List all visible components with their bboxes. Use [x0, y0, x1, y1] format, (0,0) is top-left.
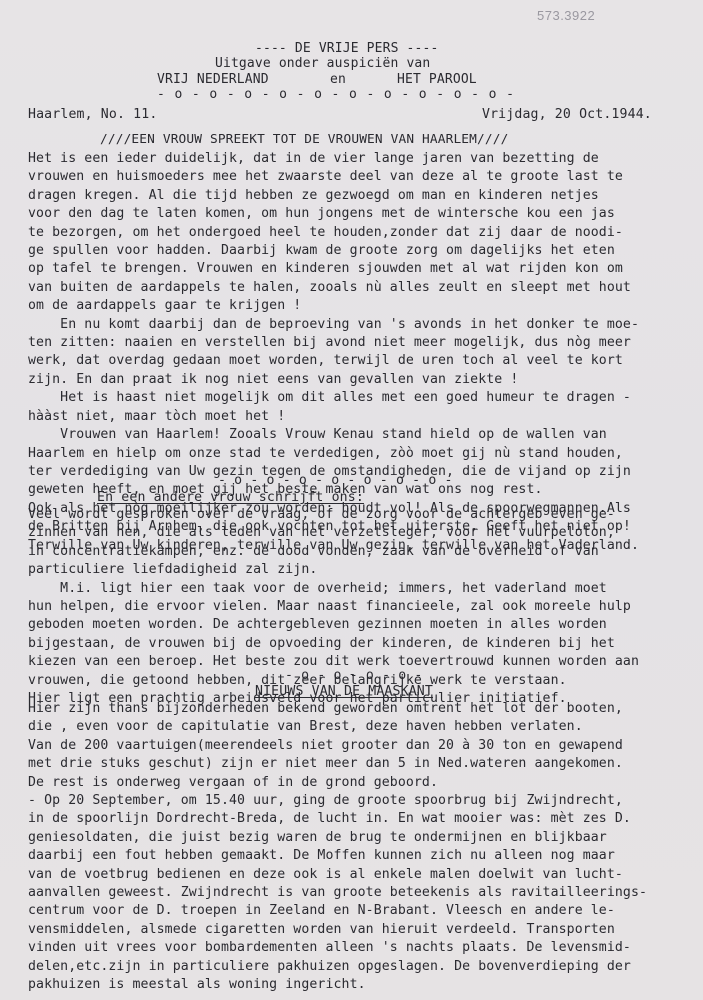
text-line: dragen kregen. Al die tijd hebben ze gez…: [28, 187, 678, 205]
text-line: van buiten de aardappels te halen, zooal…: [28, 279, 678, 297]
text-line: vensmiddelen, alsmede cigaretten worden …: [28, 921, 678, 939]
text-line: - Op 20 September, om 15.40 uur, ging de…: [28, 792, 678, 810]
archive-number: 573.3922: [537, 8, 595, 23]
text-line: Het is een ieder duidelijk, dat in de vi…: [28, 150, 678, 168]
text-line: pakhuizen is meestal als woning ingerich…: [28, 976, 678, 994]
text-line: daarbij een fout hebben gemaakt. De Moff…: [28, 847, 678, 865]
text-line: bijgestaan, de vrouwen bij de opvoeding …: [28, 635, 678, 653]
text-line: M.i. ligt hier een taak voor de overheid…: [28, 580, 678, 598]
issue-place-number: Haarlem, No. 11.: [28, 105, 157, 124]
text-line: met drie stuks geschut) zijn er niet mee…: [28, 755, 678, 773]
article2-heading: En een andere vrouw schrijft ons:: [97, 488, 364, 507]
text-line: Van de 200 vaartuigen(meerendeels niet g…: [28, 737, 678, 755]
article3-heading: NIEUWS VAN DE MAASKANT: [255, 682, 433, 701]
text-line: particuliere liefdadigheid zal zijn.: [28, 561, 678, 579]
masthead-divider: - o - o - o - o - o - o - o - o - o - o …: [157, 85, 515, 104]
text-line: geboden moeten worden. De achtergebleven…: [28, 616, 678, 634]
text-line: van de voetbrug bedienen en deze ook is …: [28, 866, 678, 884]
text-line: werk, dat overdag gedaan moet worden, te…: [28, 352, 678, 370]
text-line: Hier zijn thans bijzonderheden bekend ge…: [28, 700, 678, 718]
text-line: hààst niet, maar tòch moet het !: [28, 408, 678, 426]
text-line: centrum voor de D. troepen in Zeeland en…: [28, 902, 678, 920]
text-line: aanvallen geweest. Zwijndrecht is van gr…: [28, 884, 678, 902]
text-line: Het is haast niet mogelijk om dit alles …: [28, 389, 678, 407]
text-line: ten zitten: naaien en verstellen bij avo…: [28, 334, 678, 352]
newsletter-page: 573.3922 ---- DE VRIJE PERS ---- Uitgave…: [0, 0, 703, 1000]
text-line: in concentratiekampen, enz. de dood vond…: [28, 543, 678, 561]
text-line: te bezorgen, om het ondergoed heel te ho…: [28, 224, 678, 242]
text-line: delen,etc.zijn in particuliere pakhuizen…: [28, 958, 678, 976]
text-line: om de aardappels gaar te krijgen !: [28, 297, 678, 315]
article3-body: Hier zijn thans bijzonderheden bekend ge…: [28, 700, 678, 995]
text-line: zijn. En dan praat ik nog niet eens van …: [28, 371, 678, 389]
text-line: geniesoldaten, die juist bezig waren de …: [28, 829, 678, 847]
text-line: De rest is onderweg vergaan of in de gro…: [28, 774, 678, 792]
issue-date: Vrijdag, 20 Oct.1944.: [482, 105, 652, 124]
text-line: Haarlem en hielp om onze stad te verdedi…: [28, 445, 678, 463]
text-line: zinnen van hen, die als leden van het ve…: [28, 524, 678, 542]
text-line: En nu komt daarbij dan de beproeving van…: [28, 316, 678, 334]
text-line: Veel wordt gesproken over de vraag, of d…: [28, 506, 678, 524]
text-line: Vrouwen van Haarlem! Zooals Vrouw Kenau …: [28, 426, 678, 444]
text-line: op tafel te brengen. Vrouwen en kinderen…: [28, 260, 678, 278]
article1-heading: ////EEN VROUW SPREEKT TOT DE VROUWEN VAN…: [100, 130, 508, 149]
text-line: die , even voor de capitulatie van Brest…: [28, 718, 678, 736]
text-line: ge spullen voor hadden. Daarbij kwam de …: [28, 242, 678, 260]
text-line: vinden uit vrees voor bombardementen all…: [28, 939, 678, 957]
text-line: hun helpen, die ervoor vielen. Maar naas…: [28, 598, 678, 616]
text-line: vrouwen en huismoeders mee het zwaarste …: [28, 168, 678, 186]
text-line: voor den dag te laten komen, om hun jong…: [28, 205, 678, 223]
text-line: in de spoorlijn Dordrecht-Breda, de luch…: [28, 810, 678, 828]
